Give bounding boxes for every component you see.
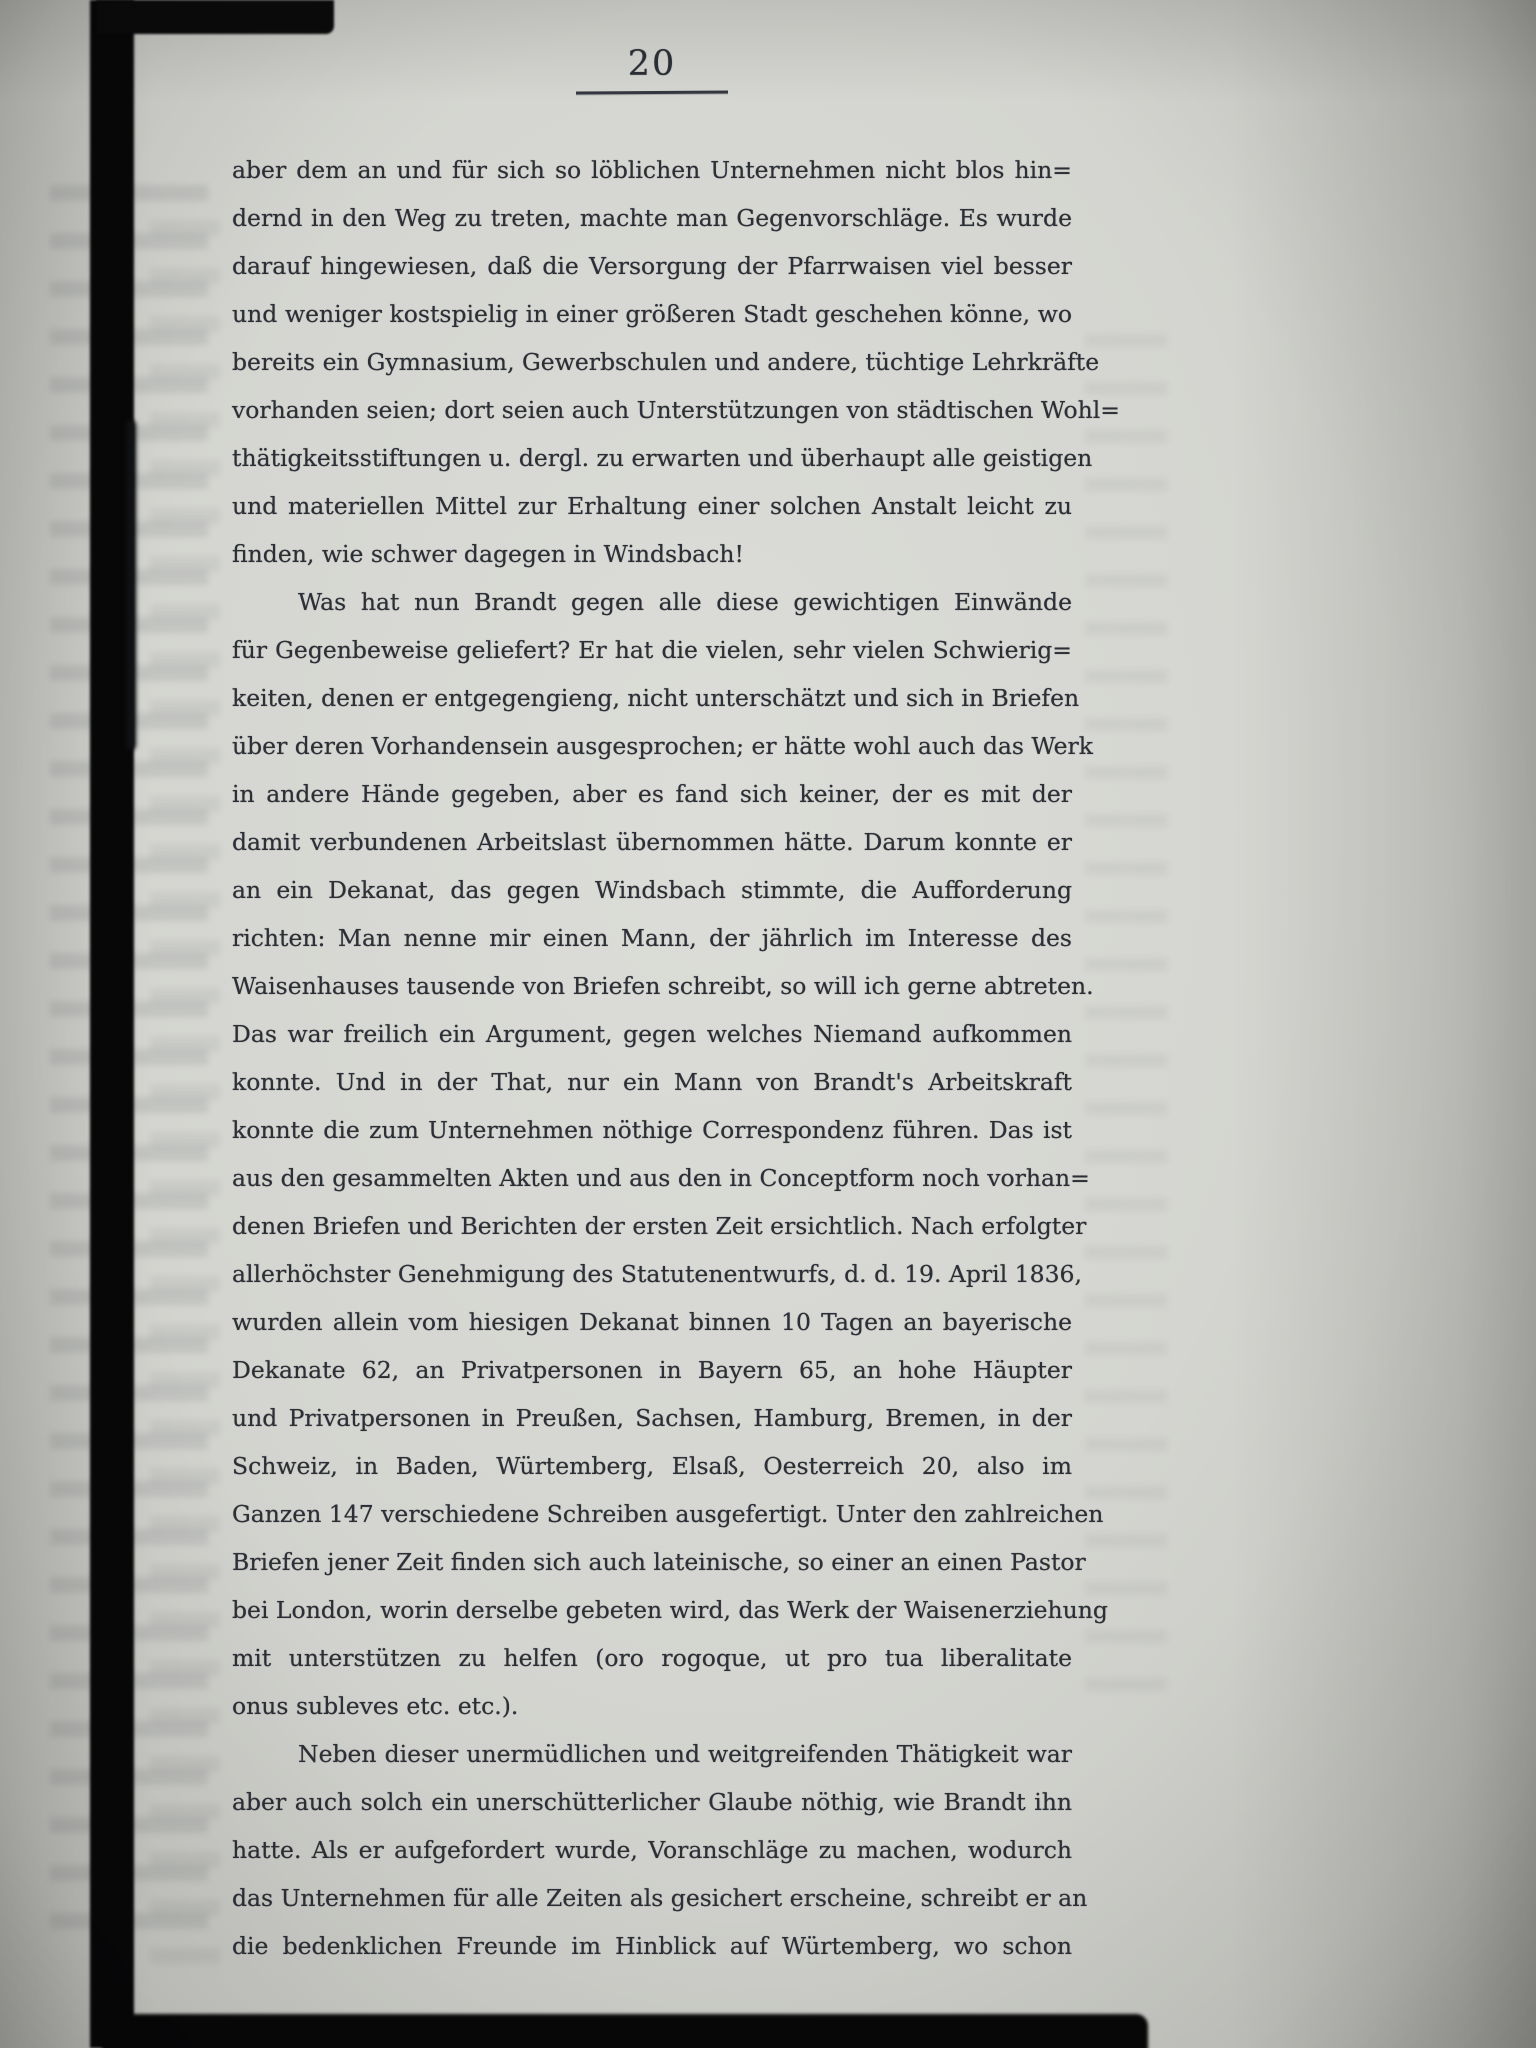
text-line: keiten, denen er entgegengieng, nicht un…: [232, 674, 1072, 722]
text-line: allerhöchster Genehmigung des Statutenen…: [232, 1250, 1072, 1298]
binding-shadow-band: [90, 0, 134, 2048]
page-number-rule: [576, 90, 728, 94]
text-line: konnte die zum Unternehmen nöthige Corre…: [232, 1106, 1072, 1154]
text-line: bei London, worin derselbe gebeten wird,…: [232, 1586, 1072, 1634]
text-line: darauf hingewiesen, daß die Versorgung d…: [232, 242, 1072, 290]
text-line: aber auch solch ein unerschütterlicher G…: [232, 1778, 1072, 1826]
text-line: Was hat nun Brandt gegen alle diese gewi…: [232, 578, 1072, 626]
text-line: Schweiz, in Baden, Würtemberg, Elsaß, Oe…: [232, 1442, 1072, 1490]
text-line: denen Briefen und Berichten der ersten Z…: [232, 1202, 1072, 1250]
page-header: 20: [232, 44, 1072, 94]
text-line: Waisenhauses tausende von Briefen schrei…: [232, 962, 1072, 1010]
text-line: thätigkeitsstiftungen u. dergl. zu erwar…: [232, 434, 1072, 482]
text-line: finden, wie schwer dagegen in Windsbach!: [232, 530, 1072, 578]
show-through-text-ghost-inner: [150, 210, 220, 1990]
text-line: damit verbundenen Arbeitslast übernommen…: [232, 818, 1072, 866]
text-line: und Privatpersonen in Preußen, Sachsen, …: [232, 1394, 1072, 1442]
text-line: und materiellen Mittel zur Erhaltung ein…: [232, 482, 1072, 530]
text-line: konnte. Und in der That, nur ein Mann vo…: [232, 1058, 1072, 1106]
text-line: onus subleves etc. etc.).: [232, 1682, 1072, 1730]
text-line: Briefen jener Zeit finden sich auch late…: [232, 1538, 1072, 1586]
scan-artifact-top-left: [96, 0, 334, 34]
text-line: aus den gesammelten Akten und aus den in…: [232, 1154, 1072, 1202]
text-line: wurden allein vom hiesigen Dekanat binne…: [232, 1298, 1072, 1346]
text-line: das Unternehmen für alle Zeiten als gesi…: [232, 1874, 1072, 1922]
text-line: über deren Vorhandensein ausgesprochen; …: [232, 722, 1072, 770]
text-line: aber dem an und für sich so löblichen Un…: [232, 146, 1072, 194]
text-line: dernd in den Weg zu treten, machte man G…: [232, 194, 1072, 242]
text-line: und weniger kostspielig in einer größere…: [232, 290, 1072, 338]
body-text: aber dem an und für sich so löblichen Un…: [232, 146, 1072, 1970]
text-line: die bedenklichen Freunde im Hinblick auf…: [232, 1922, 1072, 1970]
text-line: Ganzen 147 verschiedene Schreiben ausgef…: [232, 1490, 1072, 1538]
scan-artifact-bottom-band: [102, 2014, 1148, 2048]
binding-shadow-ragged-edge: [126, 420, 136, 750]
text-line: richten: Man nenne mir einen Mann, der j…: [232, 914, 1072, 962]
text-line: vorhanden seien; dort seien auch Unterst…: [232, 386, 1072, 434]
text-line: mit unterstützen zu helfen (oro rogoque,…: [232, 1634, 1072, 1682]
text-line: Neben dieser unermüdlichen und weitgreif…: [232, 1730, 1072, 1778]
text-line: bereits ein Gymnasium, Gewerbschulen und…: [232, 338, 1072, 386]
page-number: 20: [232, 44, 1072, 84]
text-line: Das war freilich ein Argument, gegen wel…: [232, 1010, 1072, 1058]
scanned-book-page: 20 aber dem an und für sich so löblichen…: [0, 0, 1536, 2048]
text-line: an ein Dekanat, das gegen Windsbach stim…: [232, 866, 1072, 914]
text-line: Dekanate 62, an Privatpersonen in Bayern…: [232, 1346, 1072, 1394]
text-line: für Gegenbeweise geliefert? Er hat die v…: [232, 626, 1072, 674]
text-line: in andere Hände gegeben, aber es fand si…: [232, 770, 1072, 818]
text-line: hatte. Als er aufgefordert wurde, Vorans…: [232, 1826, 1072, 1874]
